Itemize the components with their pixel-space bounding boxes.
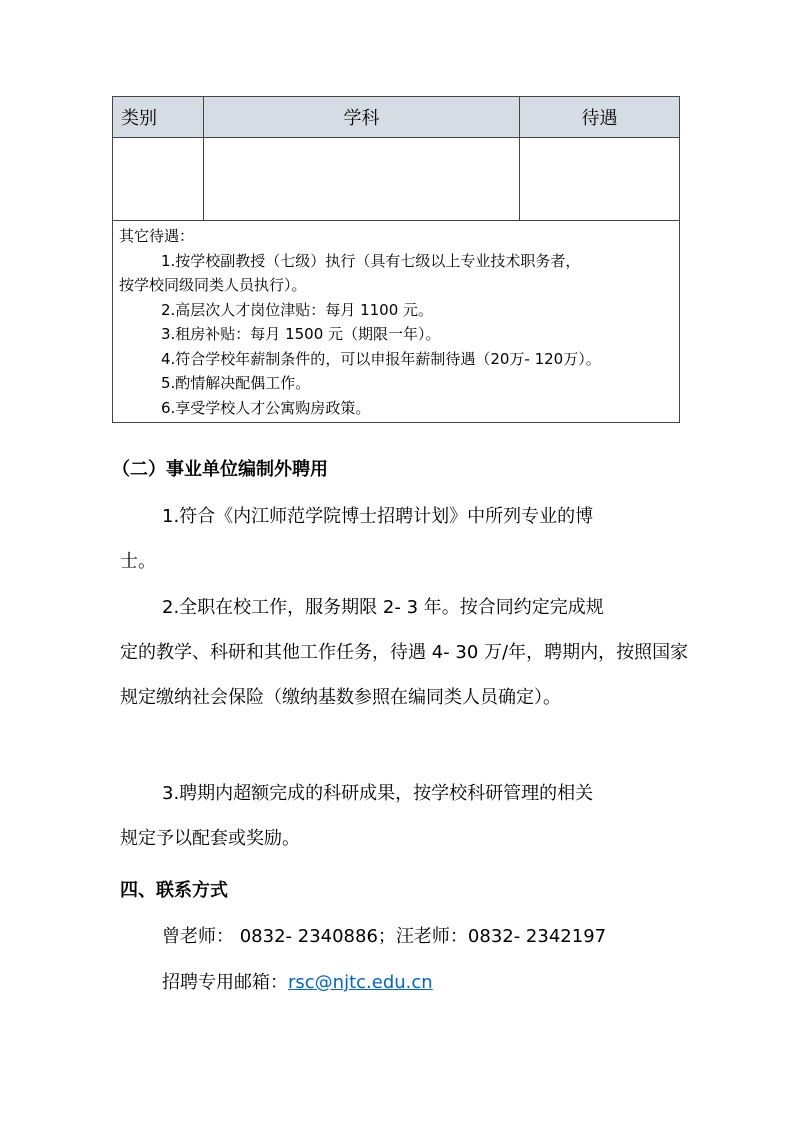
paragraph-line: 定的教学、科研和其他工作任务，待遇 4- 30 万/年，聘期内，按照国家规定缴纳… <box>120 630 690 720</box>
header-benefits: 待遇 <box>520 97 680 138</box>
benefit-item-6: 6.享受学校人才公寓购房政策。 <box>119 396 675 421</box>
section2-paragraph-3: 3.聘期内超额完成的科研成果，按学校科研管理的相关 规定予以配套或奖励。 <box>120 771 690 861</box>
cell-subject <box>204 138 520 221</box>
benefit-item-2: 2.高层次人才岗位津贴：每月 1100 元。 <box>119 298 675 323</box>
benefit-item-1-cont: 按学校同级同类人员执行）。 <box>119 273 675 298</box>
paragraph-line: 1.符合《内江师范学院博士招聘计划》中所列专业的博 <box>120 494 690 539</box>
header-category: 类别 <box>113 97 204 138</box>
cell-category <box>113 138 204 221</box>
paragraph-line: 2.全职在校工作，服务期限 2- 3 年。按合同约定完成规 <box>120 585 690 630</box>
other-benefits-title: 其它待遇： <box>119 224 675 249</box>
benefit-item-4: 4.符合学校年薪制条件的，可以申报年薪制待遇（20万- 120万）。 <box>119 347 675 372</box>
benefit-item-1: 1.按学校副教授（七级）执行（具有七级以上专业技术职务者， <box>119 249 675 274</box>
section2-paragraph-2: 2.全职在校工作，服务期限 2- 3 年。按合同约定完成规 定的教学、科研和其他… <box>120 585 690 720</box>
section2-paragraph-1: 1.符合《内江师范学院博士招聘计划》中所列专业的博 士。 <box>120 494 690 584</box>
paragraph-line: 规定予以配套或奖励。 <box>120 816 690 861</box>
other-benefits-cell: 其它待遇： 1.按学校副教授（七级）执行（具有七级以上专业技术职务者， 按学校同… <box>113 221 680 423</box>
paragraph-line: 3.聘期内超额完成的科研成果，按学校科研管理的相关 <box>120 771 690 816</box>
paragraph-line: 士。 <box>120 539 690 584</box>
benefit-item-3: 3.租房补贴：每月 1500 元（期限一年）。 <box>119 322 675 347</box>
contact-phones: 曾老师： 0832- 2340886；汪老师：0832- 2342197 <box>162 922 606 948</box>
header-subject: 学科 <box>204 97 520 138</box>
cell-benefits <box>520 138 680 221</box>
email-label: 招聘专用邮箱： <box>162 972 288 993</box>
benefits-table: 类别 学科 待遇 其它待遇： 1.按学校副教授（七级）执行（具有七级以上专业技术… <box>112 96 680 423</box>
other-benefits-row: 其它待遇： 1.按学校副教授（七级）执行（具有七级以上专业技术职务者， 按学校同… <box>113 221 680 423</box>
table-row <box>113 138 680 221</box>
benefit-item-5: 5.酌情解决配偶工作。 <box>119 371 675 396</box>
section4-heading: 四、联系方式 <box>120 876 228 902</box>
contact-email-line: 招聘专用邮箱：rsc@njtc.edu.cn <box>162 968 433 994</box>
table-header-row: 类别 学科 待遇 <box>113 97 680 138</box>
section2-heading: （二）事业单位编制外聘用 <box>112 455 328 481</box>
email-link[interactable]: rsc@njtc.edu.cn <box>288 972 433 993</box>
